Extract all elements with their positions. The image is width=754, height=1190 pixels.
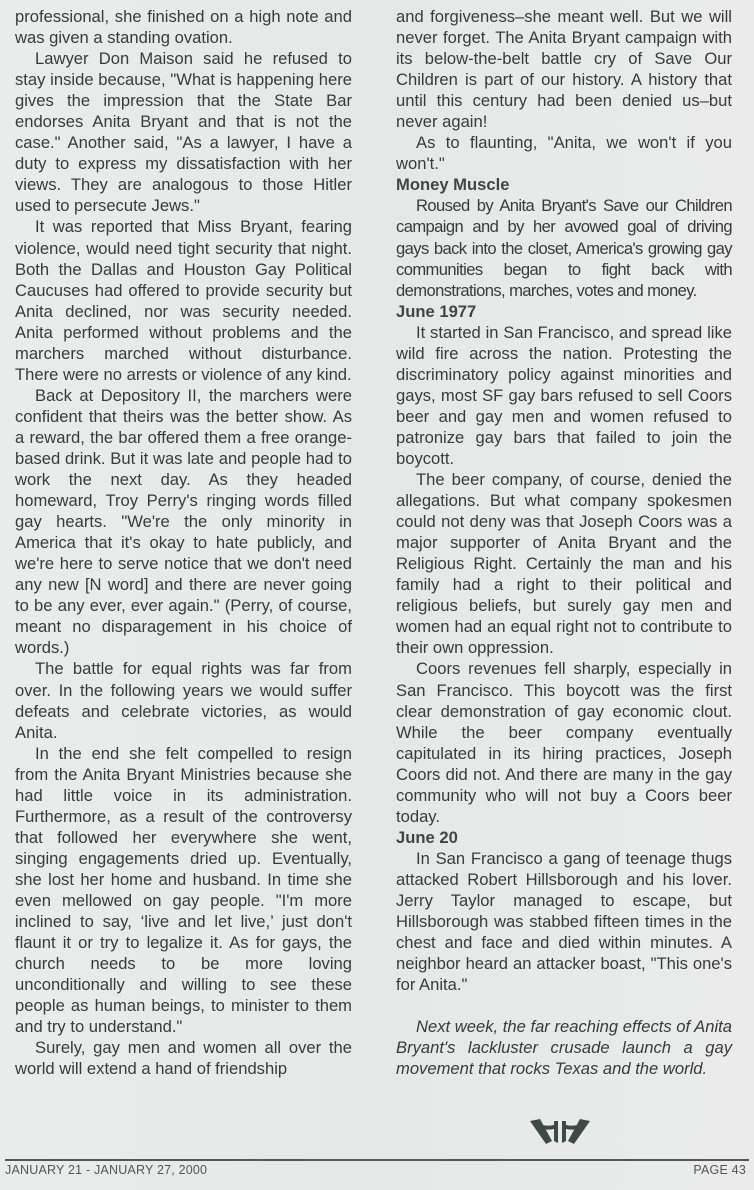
paragraph: It was reported that Miss Bryant, fearin… — [15, 216, 352, 384]
section-heading: Money Muscle — [396, 174, 732, 195]
right-column: and forgiveness–she meant well. But we w… — [396, 6, 732, 1079]
issue-date-range: JANUARY 21 - JANUARY 27, 2000 — [5, 1163, 207, 1177]
section-heading: June 1977 — [396, 301, 732, 322]
paragraph: In San Francisco a gang of teenage thugs… — [396, 848, 732, 995]
paragraph: The beer company, of course, denied the … — [396, 469, 732, 658]
page-number: PAGE 43 — [693, 1163, 746, 1177]
section-heading: June 20 — [396, 827, 732, 848]
paragraph: As to flaunting, "Anita, we won't if you… — [396, 132, 732, 174]
paragraph: It started in San Francisco, and spread … — [396, 322, 732, 469]
paragraph: The battle for equal rights was far from… — [15, 658, 352, 742]
paragraph: professional, she finished on a high not… — [15, 6, 352, 48]
paragraph: Surely, gay men and women all over the w… — [15, 1037, 352, 1079]
next-week-note: Next week, the far reaching effects of A… — [396, 1016, 732, 1079]
paragraph: Lawyer Don Maison said he refused to sta… — [15, 48, 352, 216]
paragraph: In the end she felt compelled to resign … — [15, 743, 352, 1038]
left-column: professional, she finished on a high not… — [15, 6, 352, 1079]
paragraph: and forgiveness–she meant well. But we w… — [396, 6, 732, 132]
paragraph: Coors revenues fell sharply, especially … — [396, 658, 732, 826]
paragraph: Roused by Anita Bryant's Save our Childr… — [396, 195, 732, 300]
paragraph: Back at Depository II, the marchers were… — [15, 385, 352, 659]
publication-end-mark-icon — [528, 1117, 592, 1145]
magazine-page: professional, she finished on a high not… — [0, 0, 754, 1190]
footer-divider — [5, 1159, 749, 1161]
